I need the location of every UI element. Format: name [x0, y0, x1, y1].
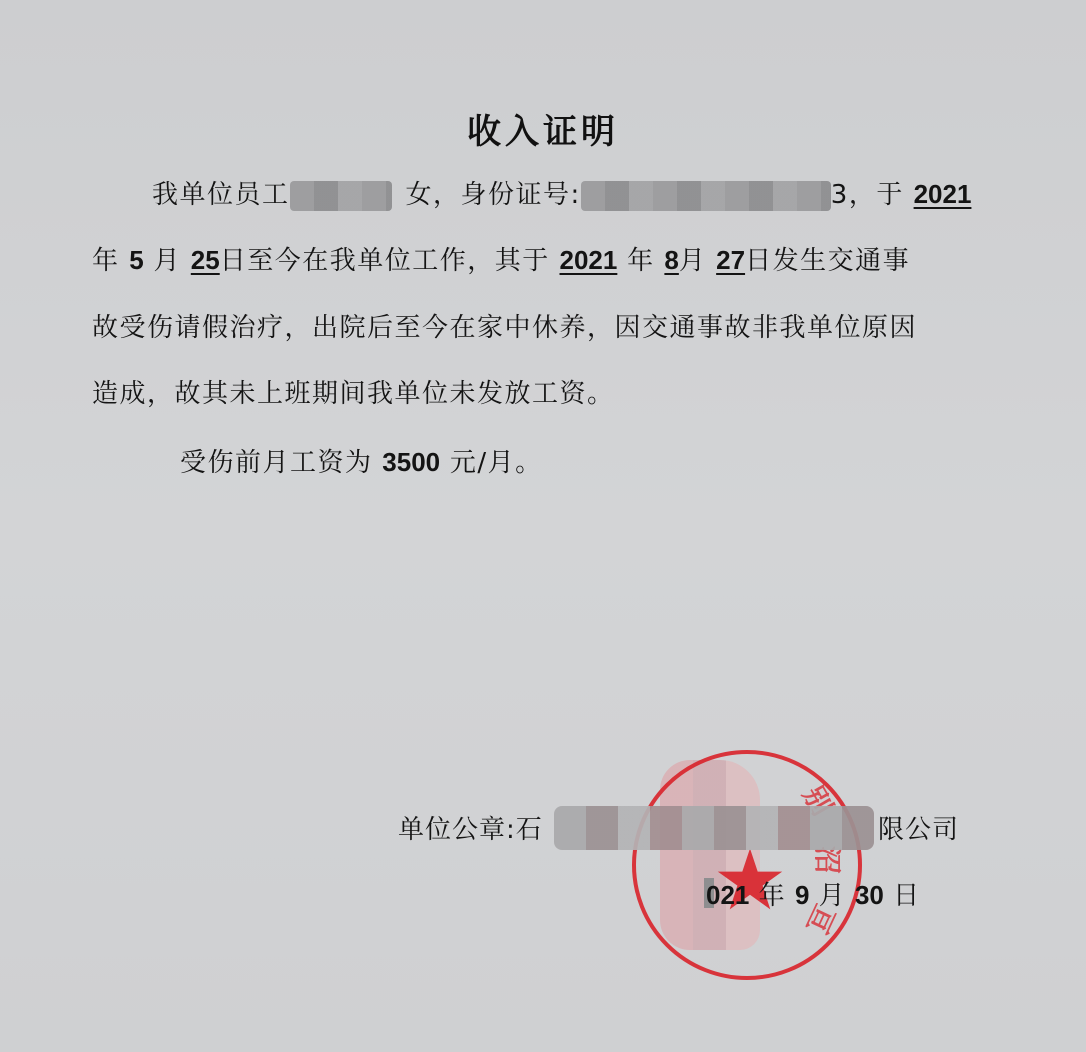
date-month: 9: [795, 880, 809, 910]
start-year: 2021: [914, 179, 972, 209]
company-suffix: 限公司: [878, 809, 959, 846]
salary-label: 受伤前月工资为: [180, 448, 373, 478]
paragraph1-line1: 我单位员工女，身份证号:3，于 2021: [152, 177, 971, 212]
redacted-id-number: [581, 181, 831, 211]
id-tail: 3，于: [831, 180, 904, 210]
date-day-label: 日: [893, 881, 920, 911]
text-employment: 日至今在我单位工作，其于: [220, 246, 550, 276]
redacted-company-name: [554, 806, 874, 850]
salary-unit: 元/月。: [450, 448, 543, 478]
text-accident: 日发生交通事: [745, 246, 910, 276]
paragraph1-line4: 造成，故其未上班期间我单位未发放工资。: [92, 377, 615, 411]
employee-label: 我单位员工: [152, 180, 290, 210]
accident-day: 27: [716, 245, 745, 275]
text-month-2: 月: [679, 246, 707, 276]
document-page: 收入证明 我单位员工女，身份证号:3，于 2021 年 5 月 25日至今在我单…: [0, 0, 1086, 1052]
start-month: 5: [129, 245, 143, 275]
paragraph1-line3: 故受伤请假治疗，出院后至今在家中休养，因交通事故非我单位原因: [92, 311, 917, 345]
paragraph1-line2: 年 5 月 25日至今在我单位工作，其于 2021 年 8月 27日发生交通事: [92, 243, 910, 278]
start-day: 25: [191, 245, 220, 275]
date-year: 021: [706, 880, 749, 910]
accident-year: 2021: [560, 245, 618, 275]
redacted-employee-name: [290, 181, 392, 211]
salary-amount: 3500: [382, 447, 440, 477]
seal-char: 沼: [809, 846, 849, 874]
text-month: 月: [154, 246, 182, 276]
accident-month: 8: [664, 245, 678, 275]
stamp-label: 单位公章:石: [398, 809, 543, 846]
signature-date: 021 年 9 月 30 日: [706, 875, 920, 912]
document-title: 收入证明: [0, 104, 1086, 153]
date-day: 30: [855, 880, 884, 910]
salary-line: 受伤前月工资为 3500 元/月。: [180, 445, 543, 480]
text-year-2: 年: [627, 246, 655, 276]
date-month-label: 月: [819, 881, 846, 911]
gender-id-label: 女，身份证号:: [406, 180, 581, 210]
date-year-label: 年: [759, 881, 786, 911]
text-year: 年: [92, 246, 120, 276]
